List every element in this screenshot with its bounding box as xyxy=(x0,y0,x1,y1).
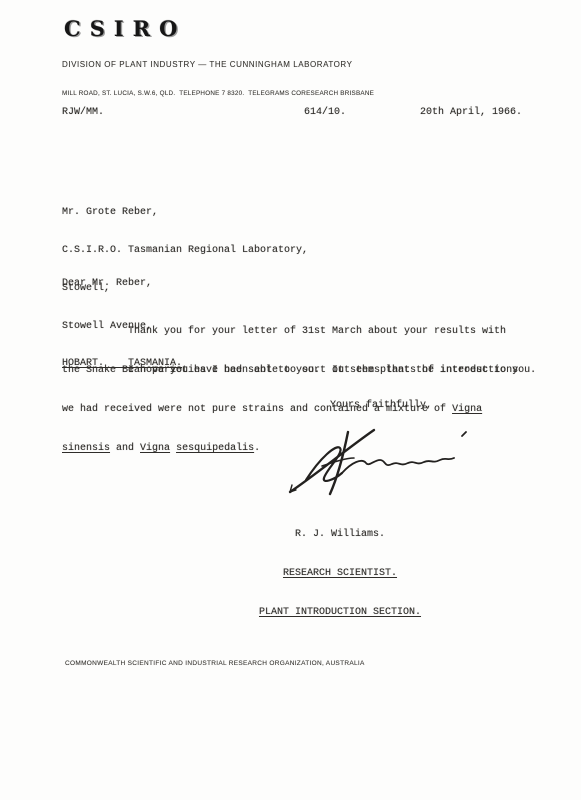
signature-block: R. J. Williams. RESEARCH SCIENTIST. PLAN… xyxy=(240,502,440,645)
signatory-name: R. J. Williams. xyxy=(240,528,440,541)
reference-initials: RJW/MM. xyxy=(62,106,104,119)
paragraph-1-line-3: we had received were not pure strains an… xyxy=(62,403,518,416)
paragraph-2: I hope you have been able to sort out th… xyxy=(62,364,536,377)
letter-date: 20th April, 1966. xyxy=(420,106,522,119)
reference-file-number: 614/10. xyxy=(304,106,346,119)
signatory-section: PLANT INTRODUCTION SECTION. xyxy=(240,606,440,619)
valediction: Yours faithfully, xyxy=(330,399,432,412)
paragraph-1-line-1: Thank you for your letter of 31st March … xyxy=(62,325,518,338)
scanned-letter-page: CSIRO DIVISION OF PLANT INDUSTRY — THE C… xyxy=(0,0,581,800)
species-sesquipedalis: sesquipedalis xyxy=(176,443,254,454)
signatory-title: RESEARCH SCIENTIST. xyxy=(240,567,440,580)
footer-line: COMMONWEALTH SCIENTIFIC AND INDUSTRIAL R… xyxy=(65,660,365,667)
species-vigna-2: Vigna xyxy=(140,443,170,454)
salutation: Dear Mr. Reber, xyxy=(62,277,152,290)
csiro-logo: CSIRO xyxy=(64,16,186,41)
species-sinensis: sinensis xyxy=(62,443,110,454)
p1-l4-text-1: and xyxy=(110,443,140,454)
signature xyxy=(262,418,472,513)
address-line: MILL ROAD, ST. LUCIA, S.W.6, QLD. TELEPH… xyxy=(62,90,374,97)
recipient-name: Mr. Grote Reber, xyxy=(62,207,308,220)
recipient-org: C.S.I.R.O. Tasmanian Regional Laboratory… xyxy=(62,245,308,258)
division-line: DIVISION OF PLANT INDUSTRY — THE CUNNING… xyxy=(62,60,353,69)
p1-l4-text-3: . xyxy=(254,443,260,454)
species-vigna-1: Vigna xyxy=(452,404,482,415)
